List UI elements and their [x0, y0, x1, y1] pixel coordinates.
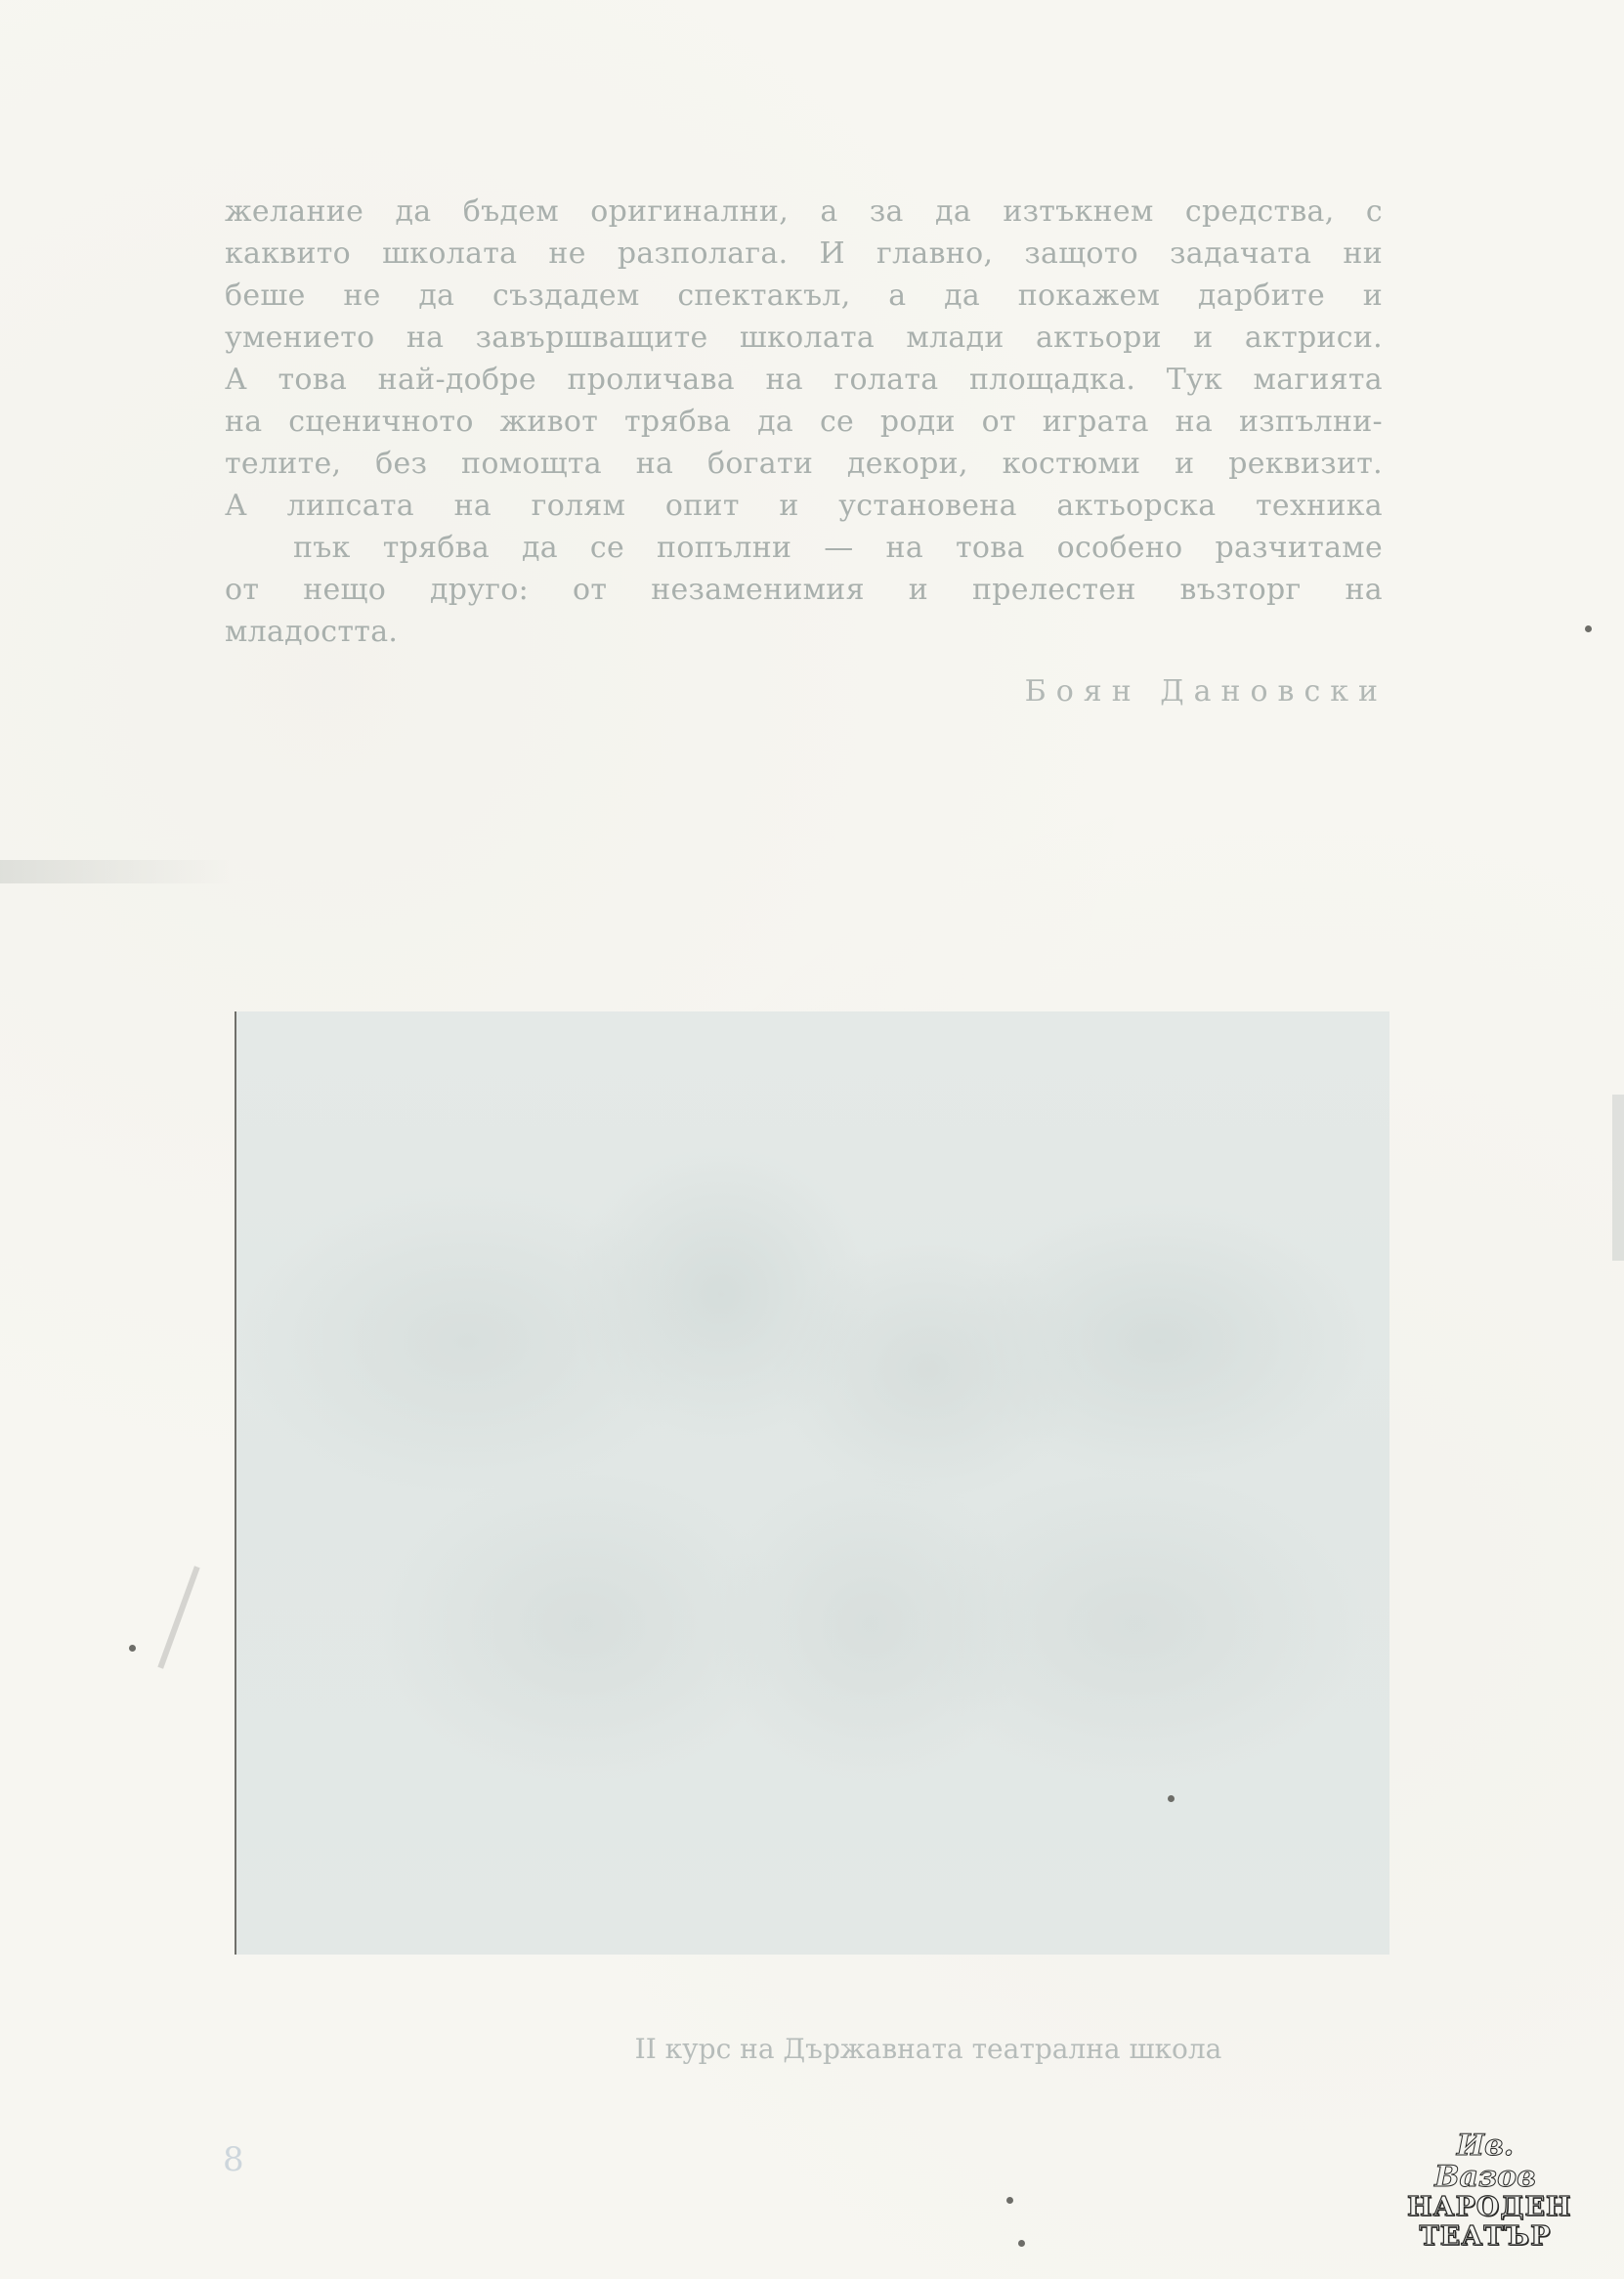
text-line: пък трябва да се попълни — на това особе… [225, 527, 1383, 569]
scan-speck [1168, 1795, 1175, 1802]
scan-speck [1018, 2240, 1025, 2247]
scan-edge-mark [1612, 1095, 1624, 1261]
text-line: младостта. [225, 611, 1383, 653]
group-photo [235, 1011, 1389, 1955]
author-signature: Боян Дановски [547, 674, 1388, 709]
page-number: 8 [223, 2140, 244, 2179]
text-line: А това най-добре проличава на голата пло… [225, 359, 1383, 401]
text-line: от нещо друго: от незаменимия и прелесте… [225, 569, 1383, 611]
logo-line-1: НАРОДЕН [1407, 2193, 1563, 2222]
scan-edge-mark [0, 860, 235, 883]
logo-line-2: ТЕАТЪР [1407, 2222, 1563, 2252]
text-line: умението на завършващите школата млади а… [225, 317, 1383, 359]
scan-speck [129, 1645, 136, 1652]
photo-caption: II курс на Държавната театрална школа [586, 2033, 1270, 2065]
photo-figures [236, 1011, 1389, 1955]
text-line: А липсата на голям опит и установена акт… [225, 485, 1383, 527]
logo-script: Ив. Вазов [1407, 2130, 1563, 2193]
scan-speck [1006, 2197, 1013, 2204]
text-line: каквито школата не разполага. И главно, … [225, 233, 1383, 275]
text-line: телите, без помощта на богати декори, ко… [225, 443, 1383, 485]
body-paragraph: желание да бъдем оригинални, а за да изт… [225, 191, 1383, 653]
national-theatre-logo: Ив. Вазов НАРОДЕН ТЕАТЪР [1407, 2130, 1563, 2252]
text-line: беше не да създадем спектакъл, а да пока… [225, 275, 1383, 317]
text-line: на сценичното живот трябва да се роди от… [225, 401, 1383, 443]
text-line: желание да бъдем оригинални, а за да изт… [225, 191, 1383, 233]
scan-speck [1585, 625, 1592, 632]
